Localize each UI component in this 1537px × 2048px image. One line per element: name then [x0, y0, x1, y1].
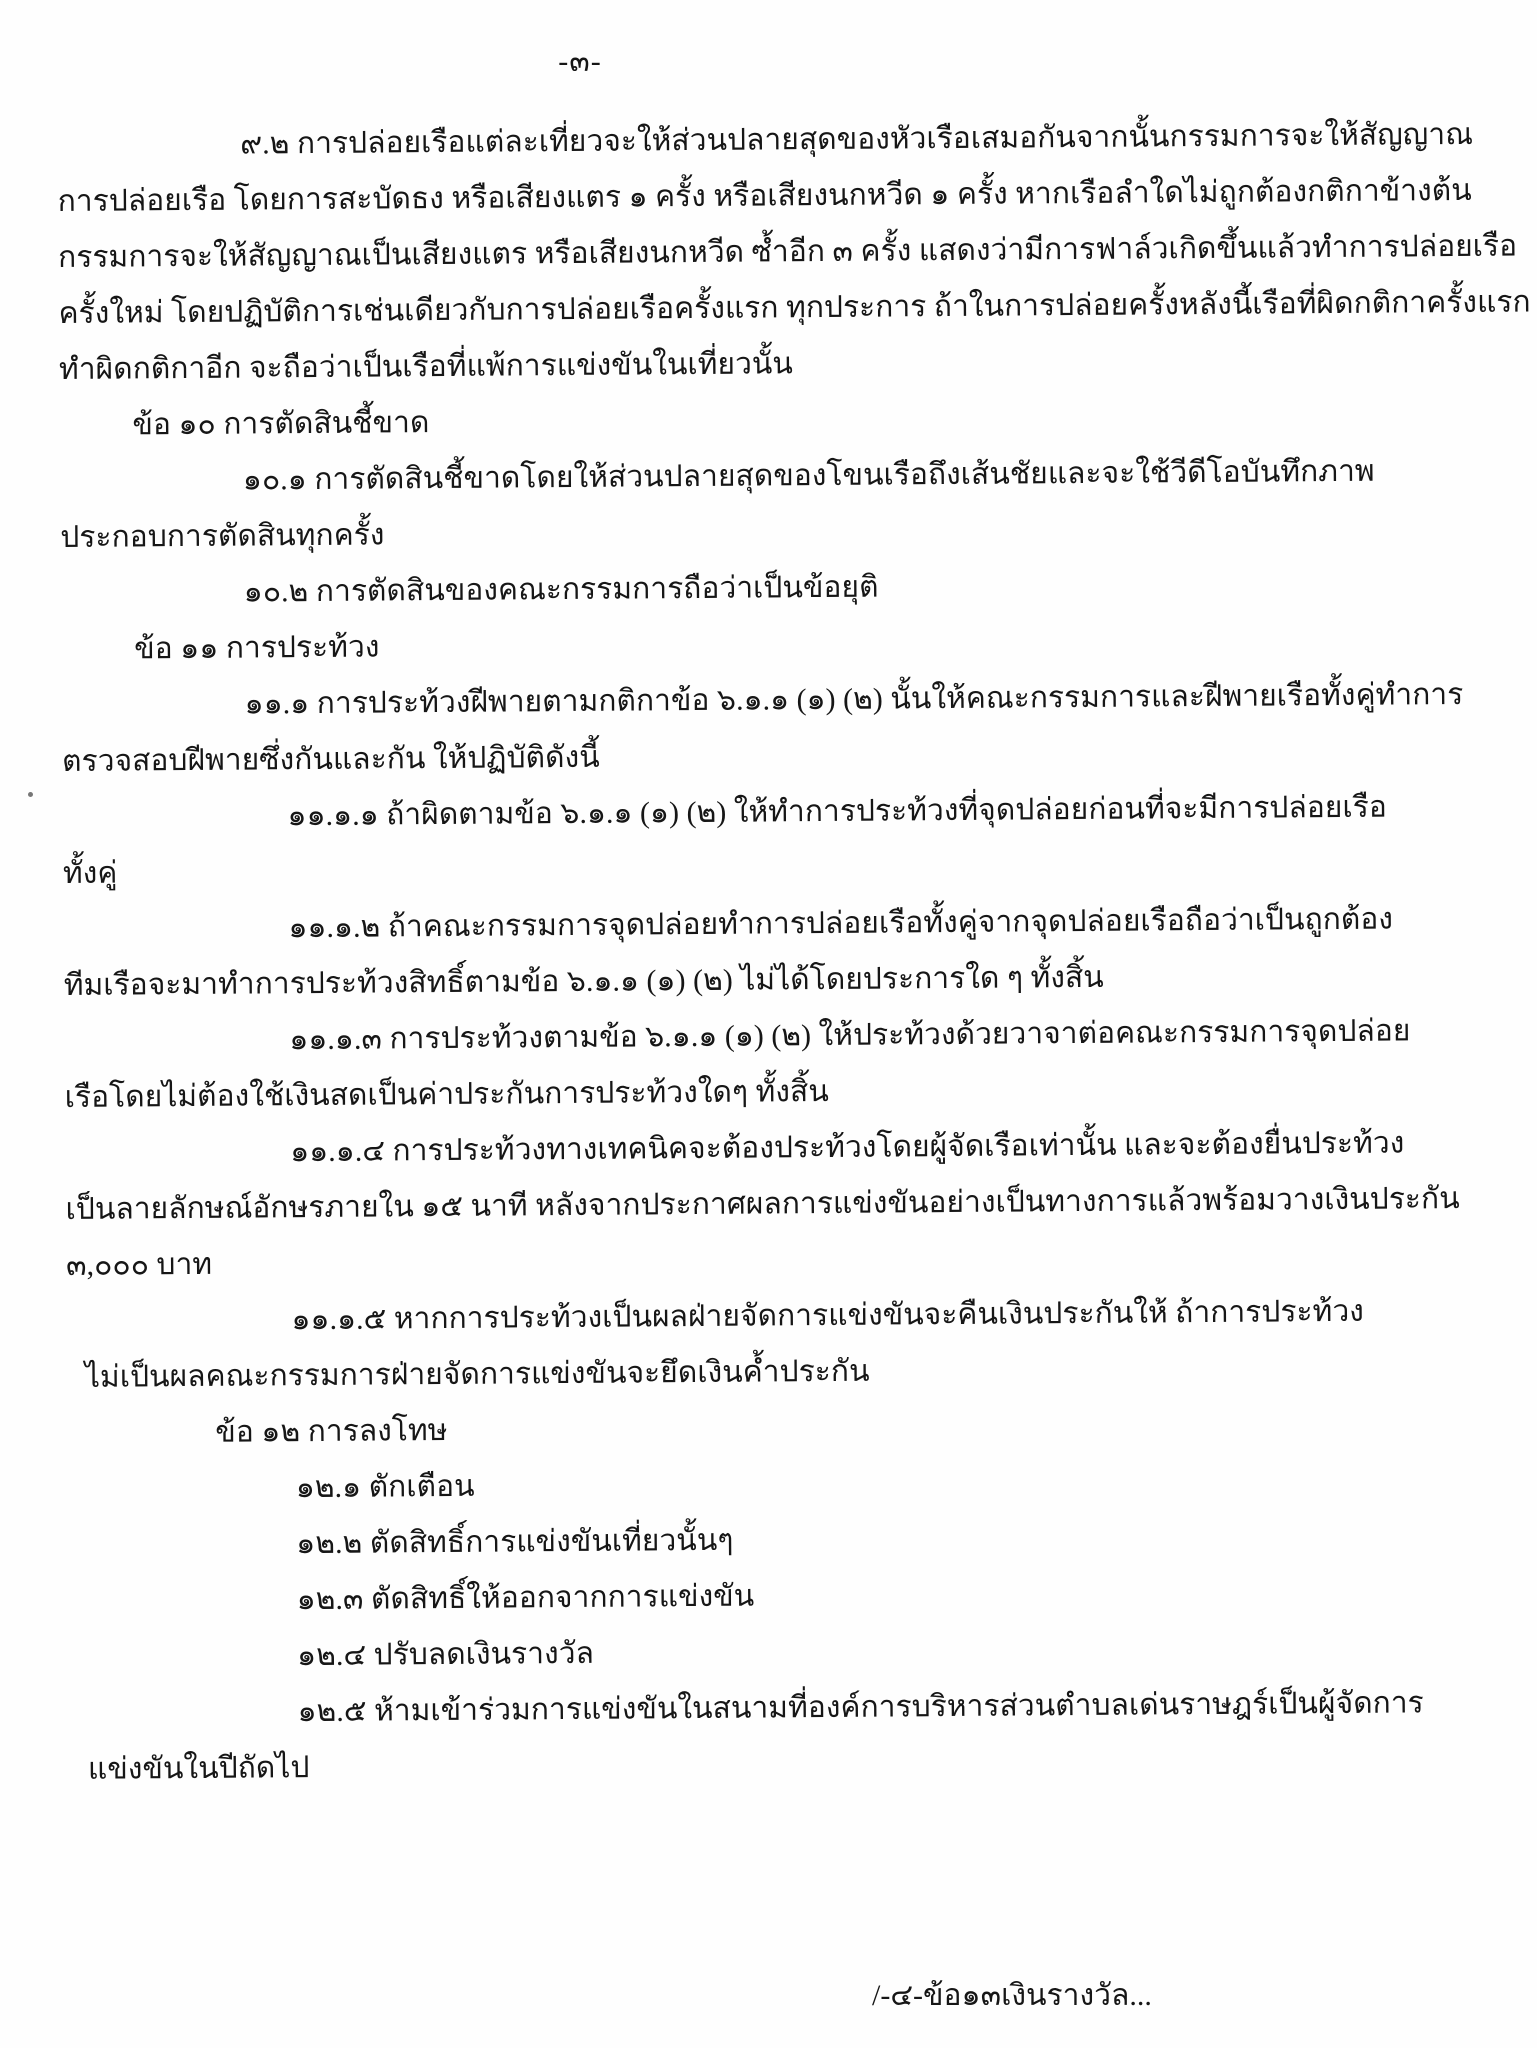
- text-line: เป็นลายลักษณ์อักษรภายใน ๑๕ นาที หลังจากป…: [65, 1174, 1125, 1238]
- continuation-footer: /-๔-ข้อ๑๓เงินรางวัล...: [872, 1972, 1152, 2019]
- scan-artifact-dot: [28, 792, 33, 797]
- text-line: การปล่อยเรือ โดยการสะบัดธง หรือเสียงแตร …: [57, 166, 1117, 230]
- text-line: ๑๒.๓ ตัดสิทธิ์ให้ออกจากการแข่งขัน: [296, 1566, 1128, 1629]
- page-number: -๓-: [0, 38, 1160, 85]
- document-page: -๓- ๙.๒ การปล่อยเรือแต่ละเที่ยวจะให้ส่วน…: [0, 0, 1537, 2048]
- text-line: ๑๑.๑.๓ การประท้วงตามข้อ ๖.๑.๑ (๑) (๒) ให…: [289, 1006, 1124, 1069]
- text-line: ๑๒.๒ ตัดสิทธิ์การแข่งขันเที่ยวนั้นๆ: [296, 1510, 1128, 1573]
- text-line: ทีมเรือจะมาทำการประท้วงสิทธิ์ตามข้อ ๖.๑.…: [64, 950, 1124, 1014]
- text-line: ๑๑.๑.๔ การประท้วงทางเทคนิคจะต้องประท้วงโ…: [290, 1118, 1125, 1181]
- text-line: ๑๑.๑.๑ ถ้าผิดตามข้อ ๖.๑.๑ (๑) (๒) ให้ทำก…: [287, 782, 1122, 845]
- text-line: ตรวจสอบฝีพายซึ่งกันและกัน ให้ปฏิบัติดังน…: [62, 726, 1122, 790]
- text-line: กรรมการจะให้สัญญาณเป็นเสียงแตร หรือเสียง…: [58, 222, 1118, 286]
- text-line: ๓,๐๐๐ บาท: [66, 1230, 1126, 1294]
- text-line: ๑๒.๑ ตักเตือน: [296, 1454, 1128, 1517]
- text-line: ครั้งใหม่ โดยปฏิบัติการเช่นเดียวกับการปล…: [58, 278, 1118, 342]
- text-line: ๑๑.๑.๒ ถ้าคณะกรรมการจุดปล่อยทำการปล่อยเร…: [288, 894, 1123, 957]
- text-line: แข่งขันในปีถัดไป: [88, 1734, 1130, 1798]
- text-line: ๑๒.๕ ห้ามเข้าร่วมการแข่งขันในสนามที่องค์…: [297, 1678, 1129, 1741]
- text-line: ข้อ ๑๐ การตัดสินชี้ขาด: [132, 390, 1119, 454]
- text-line: ไม่เป็นผลคณะกรรมการฝ่ายจัดการแข่งขันจะยึ…: [85, 1342, 1127, 1406]
- document-body: ๙.๒ การปล่อยเรือแต่ละเที่ยวจะให้ส่วนปลาย…: [57, 110, 1130, 1798]
- text-line: ประกอบการตัดสินทุกครั้ง: [60, 502, 1120, 566]
- text-line: ทั้งคู่: [63, 838, 1123, 902]
- text-line: เรือโดยไม่ต้องใช้เงินสดเป็นค่าประกันการป…: [64, 1062, 1124, 1126]
- text-line: ๑๒.๔ ปรับลดเงินรางวัล: [297, 1622, 1129, 1685]
- text-line: ๑๐.๒ การตัดสินของคณะกรรมการถือว่าเป็นข้อ…: [244, 558, 1121, 621]
- text-line: ๙.๒ การปล่อยเรือแต่ละเที่ยวจะให้ส่วนปลาย…: [240, 110, 1117, 173]
- text-line: ทำผิดกติกาอีก จะถือว่าเป็นเรือที่แพ้การแ…: [59, 334, 1119, 398]
- text-line: ข้อ ๑๑ การประท้วง: [134, 614, 1121, 678]
- text-line: ๑๐.๑ การตัดสินชี้ขาดโดยให้ส่วนปลายสุดของ…: [243, 446, 1120, 509]
- text-line: ข้อ ๑๒ การลงโทษ: [215, 1398, 1127, 1461]
- text-line: ๑๑.๑ การประท้วงฝีพายตามกติกาข้อ ๖.๑.๑ (๑…: [244, 670, 1121, 733]
- text-line: ๑๑.๑.๕ หากการประท้วงเป็นผลฝ่ายจัดการแข่ง…: [291, 1286, 1126, 1349]
